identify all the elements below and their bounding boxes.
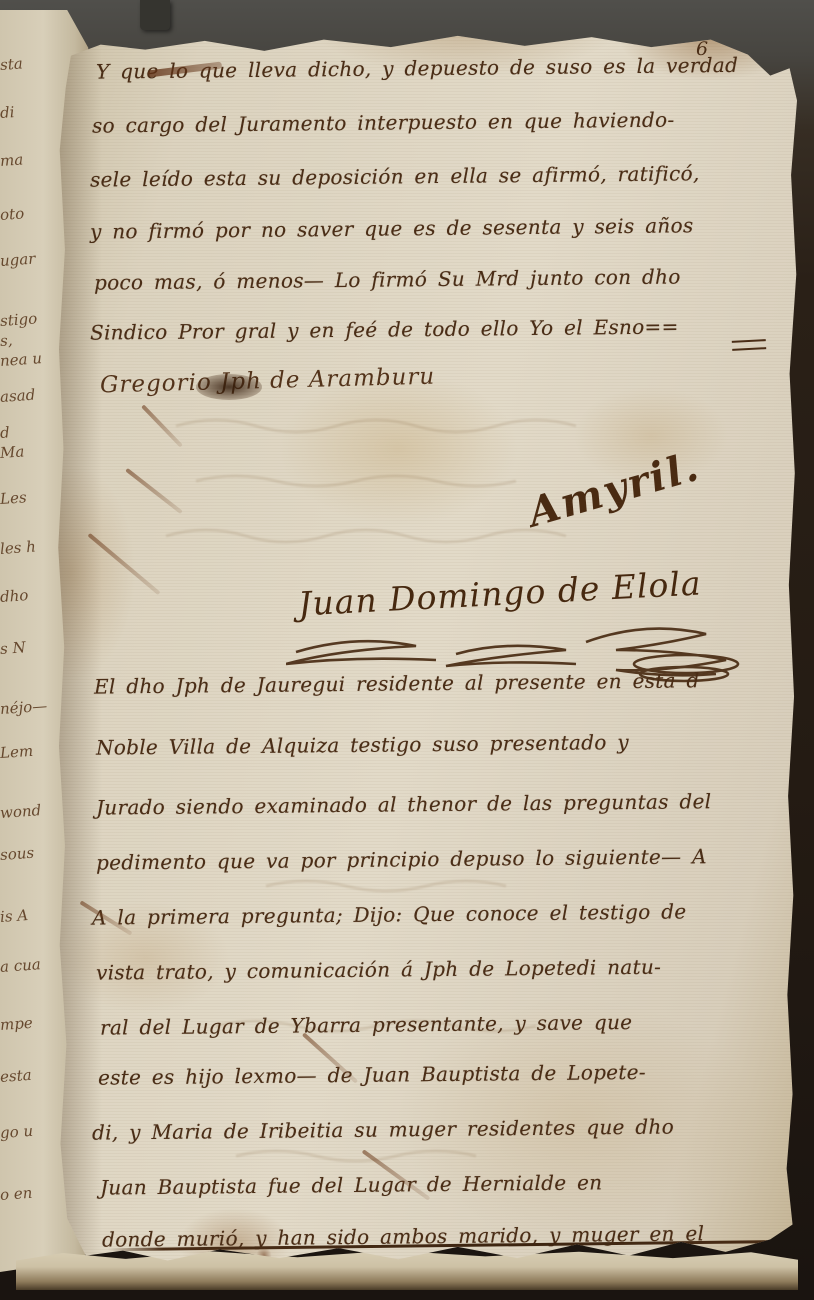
previous-page-text-fragment: nea u [0,348,59,370]
previous-page-text-fragment: wond [0,800,59,822]
previous-page-text-fragment: a cua [0,954,59,976]
previous-page-text-fragment: oto [0,202,59,224]
previous-page-text-fragment: di [0,100,59,122]
previous-page-text-fragment: Lem [0,740,59,762]
previous-page-text-fragment: sous [0,842,59,864]
previous-page-text-fragment: Les [0,486,59,508]
binding-clamp [140,0,170,30]
previous-page-text-fragment: dho [0,584,59,606]
previous-page-text-fragment: is A [0,904,59,926]
ink-blot [196,374,262,400]
previous-page-text-fragment: Ma [0,440,59,462]
previous-page-text-fragment: ugar [0,248,59,270]
previous-page-text-fragment: mpe [0,1012,59,1034]
previous-page-text-fragment: o en [0,1182,59,1204]
previous-page-text-fragment: d [0,420,59,442]
previous-page-text-fragment: s, [0,328,59,350]
previous-page-text-fragment: s N [0,636,59,658]
previous-page-text-fragment: ma [0,148,59,170]
previous-page-text-fragment: sta [0,52,59,74]
previous-page-text-fragment: asad [0,384,59,406]
manuscript-photo: sta di ma oto ugar stigo s, nea u asad d… [0,0,814,1300]
previous-page-text-fragment: stigo [0,308,59,330]
previous-page-text-fragment: esta [0,1064,59,1086]
previous-page-text-fragment: néjo— [0,696,59,718]
previous-page-text-fragment: go u [0,1120,59,1142]
double-underline [732,339,766,351]
manuscript-page: 6 Y que lo que lleva dicho, y depuesto d… [56,26,800,1268]
previous-page-text-fragment: les h [0,536,59,558]
